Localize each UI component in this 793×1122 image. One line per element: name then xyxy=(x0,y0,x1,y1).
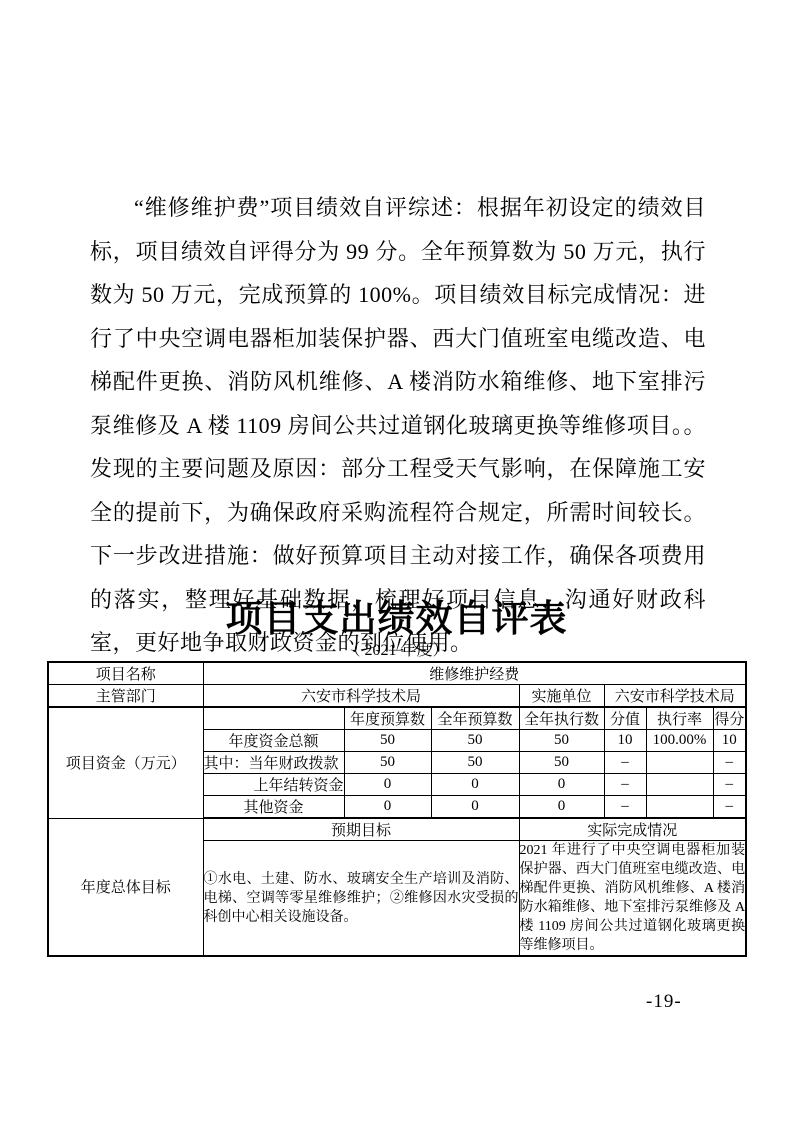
table-row-project-name: 项目名称 维修维护经费 xyxy=(48,662,746,685)
funding-cell: – xyxy=(713,796,746,819)
funding-cell: 0 xyxy=(431,774,519,796)
project-name-label: 项目名称 xyxy=(48,662,203,685)
actual-result-header: 实际完成情况 xyxy=(519,818,746,841)
goal-section-label: 年度总体目标 xyxy=(48,818,203,956)
funding-section-label: 项目资金（万元） xyxy=(48,707,203,818)
funding-cell: – xyxy=(604,796,646,819)
impl-unit-label: 实施单位 xyxy=(519,685,604,708)
project-name-value: 维修维护经费 xyxy=(203,662,746,685)
funding-header-annual-budget: 年度预算数 xyxy=(344,707,431,730)
funding-cell: 0 xyxy=(519,774,604,796)
funding-cell: 0 xyxy=(344,774,431,796)
funding-header-blank xyxy=(203,707,344,730)
funding-cell: – xyxy=(604,752,646,774)
funding-row-label: 其他资金 xyxy=(203,796,344,819)
document-page: “维修维护费”项目绩效自评综述：根据年初设定的绩效目标，项目绩效自评得分为 99… xyxy=(0,0,793,1122)
actual-result-text: 2021 年进行了中央空调电器柜加装保护器、西大门值班室电缆改造、电梯配件更换、… xyxy=(519,841,746,957)
dept-label: 主管部门 xyxy=(48,685,203,708)
dept-value: 六安市科学技术局 xyxy=(203,685,519,708)
expected-goal-text: ①水电、土建、防水、玻璃安全生产培训及消防、电梯、空调等零星维修维护；②维修因水… xyxy=(203,841,519,957)
page-subtitle: （ 2021 年度） xyxy=(0,637,793,660)
funding-cell: – xyxy=(713,774,746,796)
expected-goal-header: 预期目标 xyxy=(203,818,519,841)
impl-unit-value: 六安市科学技术局 xyxy=(604,685,746,708)
funding-cell: 10 xyxy=(713,730,746,752)
funding-cell: – xyxy=(604,774,646,796)
funding-cell: 0 xyxy=(431,796,519,819)
funding-cell xyxy=(646,796,713,819)
funding-cell: 10 xyxy=(604,730,646,752)
table-row-goal-header: 年度总体目标 预期目标 实际完成情况 xyxy=(48,818,746,841)
funding-cell: 50 xyxy=(344,730,431,752)
funding-header-score-value: 分值 xyxy=(604,707,646,730)
page-number: -19- xyxy=(646,991,682,1013)
funding-cell: 0 xyxy=(344,796,431,819)
funding-cell: 50 xyxy=(519,730,604,752)
funding-header-year-budget: 全年预算数 xyxy=(431,707,519,730)
page-title: 项目支出绩效自评表 xyxy=(0,588,793,642)
funding-row-label: 上年结转资金 xyxy=(203,774,344,796)
funding-cell: 50 xyxy=(344,752,431,774)
funding-cell: 0 xyxy=(519,796,604,819)
self-evaluation-table: 项目名称 维修维护经费 主管部门 六安市科学技术局 实施单位 六安市科学技术局 … xyxy=(47,661,747,957)
funding-row-label: 其中：当年财政拨款 xyxy=(203,752,344,774)
table-row-funding-header: 项目资金（万元） 年度预算数 全年预算数 全年执行数 分值 执行率 得分 xyxy=(48,707,746,730)
funding-cell xyxy=(646,774,713,796)
table-row-department: 主管部门 六安市科学技术局 实施单位 六安市科学技术局 xyxy=(48,685,746,708)
funding-header-exec-rate: 执行率 xyxy=(646,707,713,730)
funding-row-label: 年度资金总额 xyxy=(203,730,344,752)
funding-header-year-exec: 全年执行数 xyxy=(519,707,604,730)
funding-cell: – xyxy=(713,752,746,774)
funding-cell: 50 xyxy=(431,752,519,774)
funding-header-score: 得分 xyxy=(713,707,746,730)
funding-cell: 50 xyxy=(519,752,604,774)
funding-cell xyxy=(646,752,713,774)
funding-cell: 50 xyxy=(431,730,519,752)
funding-cell: 100.00% xyxy=(646,730,713,752)
